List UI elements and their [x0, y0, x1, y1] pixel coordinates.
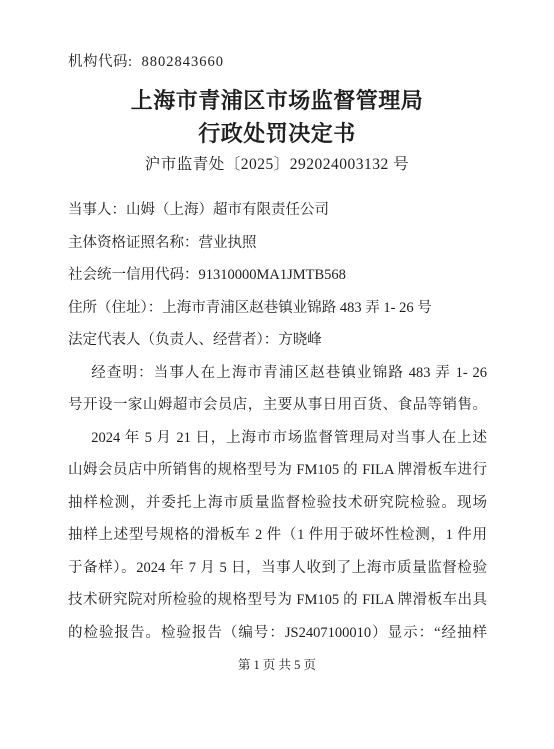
body-line: 技术研究院对所检验的规格型号为 FM105 的 FILA 牌滑板车出具	[68, 584, 487, 617]
document-number: 沪市监青处〔2025〕292024003132 号	[0, 150, 554, 180]
license-type-line: 主体资格证照名称：营业执照	[68, 227, 487, 260]
document-title-line-1: 上海市青浦区市场监督管理局	[0, 84, 554, 117]
body-line: 抽样上述型号规格的滑板车 2 件（1 件用于破坏性检测，1 件用	[68, 519, 487, 552]
document-title: 上海市青浦区市场监督管理局 行政处罚决定书	[0, 84, 554, 150]
legal-representative-line: 法定代表人（负责人、经营者）：方晓峰	[68, 324, 487, 357]
credit-code-line: 社会统一信用代码：91310000MA1JMTB568	[68, 259, 487, 292]
body-line: 的检验报告。检验报告（编号：JS2407100010）显示：“经抽样	[68, 617, 487, 650]
address-line: 住所（住址）：上海市青浦区赵巷镇业锦路 483 弄 1- 26 号	[68, 292, 487, 325]
org-code-line: 机构代码:8802843660	[68, 52, 224, 72]
document-body: 当事人：山姆（上海）超市有限责任公司 主体资格证照名称：营业执照 社会统一信用代…	[68, 194, 487, 649]
document-title-line-2: 行政处罚决定书	[0, 117, 554, 150]
org-code-label: 机构代码:	[68, 54, 133, 70]
org-code-value: 8802843660	[142, 54, 225, 70]
body-line: 山姆会员店中所销售的规格型号为 FM105 的 FILA 牌滑板车进行	[68, 454, 487, 487]
party-name-line: 当事人：山姆（上海）超市有限责任公司	[68, 194, 487, 227]
page-number-indicator: 第 1 页 共 5 页	[0, 656, 554, 674]
penalty-decision-document-page: 机构代码:8802843660 上海市青浦区市场监督管理局 行政处罚决定书 沪市…	[0, 0, 554, 749]
body-line: 抽样检测，并委托上海市质量监督检验技术研究院检验。现场	[68, 487, 487, 520]
body-line: 2024 年 5 月 21 日，上海市市场监督管理局对当事人在上述	[68, 422, 487, 455]
body-line: 经查明：当事人在上海市青浦区赵巷镇业锦路 483 弄 1- 26	[68, 357, 487, 390]
body-line: 于备样）。2024 年 7 月 5 日，当事人收到了上海市质量监督检验	[68, 552, 487, 585]
body-line: 号开设一家山姆超市会员店，主要从事日用百货、食品等销售。	[68, 389, 487, 422]
